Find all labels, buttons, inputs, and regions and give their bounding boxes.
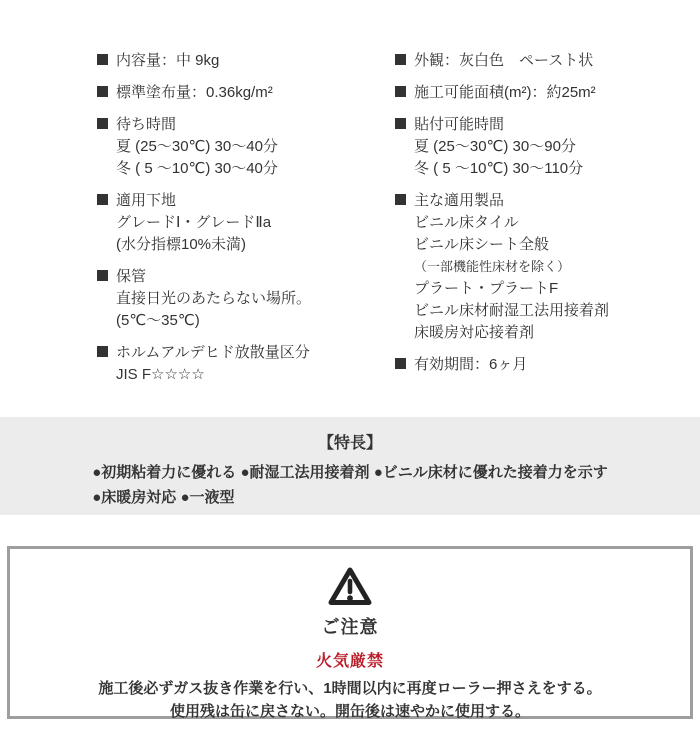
spec-title: 待ち時間 — [116, 116, 176, 133]
spec-line: (水分指標10%未満) — [116, 234, 395, 256]
spec-line: 直接日光のあたらない場所。 — [116, 288, 395, 310]
spec-item: 標準塗布量：0.36kg/m² — [97, 82, 395, 104]
features-title: 【特長】 — [0, 434, 700, 454]
square-bullet-icon — [395, 118, 406, 129]
caution-heading: ご注意 — [10, 613, 690, 639]
square-bullet-icon — [97, 118, 108, 129]
features-line: ●初期粘着力に優れる ●耐湿工法用接着剤 ●ビニル床材に優れた接着力を示す — [92, 460, 608, 485]
square-bullet-icon — [395, 54, 406, 65]
spec-line: (5℃～35℃) — [116, 310, 395, 332]
square-bullet-icon — [395, 86, 406, 97]
spec-line: 冬 ( 5 ～10℃) 30～110分 — [414, 158, 700, 180]
fire-warning-label: 火気厳禁 — [10, 648, 690, 671]
spec-item: 貼付可能時間 夏 (25～30℃) 30～90分 冬 ( 5 ～10℃) 30～… — [395, 114, 700, 180]
features-list: ●初期粘着力に優れる ●耐湿工法用接着剤 ●ビニル床材に優れた接着力を示す ●床… — [92, 460, 608, 510]
spec-title: 主な適用製品 — [414, 192, 504, 209]
caution-text: 施工後必ずガス抜き作業を行い、1時間以内に再度ローラー押さえをする。 使用残は缶… — [10, 677, 690, 723]
spec-title: 施工可能面積(m²)：約25m² — [414, 84, 596, 101]
spec-title: 内容量：中 9kg — [116, 52, 219, 69]
square-bullet-icon — [97, 54, 108, 65]
spec-line: ビニル床シート全般 — [414, 234, 700, 256]
spec-line: ビニル床タイル — [414, 212, 700, 234]
spec-item: 外観：灰白色 ペースト状 — [395, 50, 700, 72]
caution-box: ご注意 火気厳禁 施工後必ずガス抜き作業を行い、1時間以内に再度ローラー押さえを… — [7, 546, 693, 719]
spec-item: 適用下地 グレードⅠ・グレードⅡa (水分指標10%未満) — [97, 190, 395, 256]
square-bullet-icon — [97, 346, 108, 357]
spec-item: 施工可能面積(m²)：約25m² — [395, 82, 700, 104]
spec-item: 内容量：中 9kg — [97, 50, 395, 72]
square-bullet-icon — [395, 358, 406, 369]
spec-title: 有効期間：6ヶ月 — [414, 356, 527, 373]
spec-section: 内容量：中 9kg 標準塗布量：0.36kg/m² 待ち時間 夏 (25～30℃… — [0, 0, 700, 396]
spec-column-left: 内容量：中 9kg 標準塗布量：0.36kg/m² 待ち時間 夏 (25～30℃… — [97, 50, 395, 396]
spec-line: グレードⅠ・グレードⅡa — [116, 212, 395, 234]
spec-title: 保管 — [116, 268, 146, 285]
spec-line: 夏 (25～30℃) 30～90分 — [414, 136, 700, 158]
spec-line: 夏 (25～30℃) 30～40分 — [116, 136, 395, 158]
spec-line: （一部機能性床材を除く） — [414, 256, 700, 278]
spec-title: 外観：灰白色 ペースト状 — [414, 52, 593, 69]
square-bullet-icon — [97, 86, 108, 97]
spec-title: 適用下地 — [116, 192, 176, 209]
spec-item: 保管 直接日光のあたらない場所。 (5℃～35℃) — [97, 266, 395, 332]
caution-line: 使用残は缶に戻さない。開缶後は速やかに使用する。 — [10, 700, 690, 723]
spec-title: 貼付可能時間 — [414, 116, 504, 133]
features-line: ●床暖房対応 ●一液型 — [92, 485, 608, 510]
square-bullet-icon — [395, 194, 406, 205]
spec-item: 主な適用製品 ビニル床タイル ビニル床シート全般 （一部機能性床材を除く） プラ… — [395, 190, 700, 344]
spec-title: 標準塗布量：0.36kg/m² — [116, 84, 273, 101]
spec-line: 冬 ( 5 ～10℃) 30～40分 — [116, 158, 395, 180]
square-bullet-icon — [97, 194, 108, 205]
caution-line: 施工後必ずガス抜き作業を行い、1時間以内に再度ローラー押さえをする。 — [10, 677, 690, 700]
features-section: 【特長】 ●初期粘着力に優れる ●耐湿工法用接着剤 ●ビニル床材に優れた接着力を… — [0, 417, 700, 515]
square-bullet-icon — [97, 270, 108, 281]
spec-column-right: 外観：灰白色 ペースト状 施工可能面積(m²)：約25m² 貼付可能時間 夏 (… — [395, 50, 700, 396]
spec-line: JIS F☆☆☆☆ — [116, 364, 395, 386]
spec-line: 床暖房対応接着剤 — [414, 322, 700, 344]
spec-item: 待ち時間 夏 (25～30℃) 30～40分 冬 ( 5 ～10℃) 30～40… — [97, 114, 395, 180]
warning-triangle-icon — [326, 564, 374, 608]
spec-line: プラート・プラートF — [414, 278, 700, 300]
spec-item: ホルムアルデヒド放散量区分 JIS F☆☆☆☆ — [97, 342, 395, 386]
spec-item: 有効期間：6ヶ月 — [395, 354, 700, 376]
spec-line: ビニル床材耐湿工法用接着剤 — [414, 300, 700, 322]
spec-title: ホルムアルデヒド放散量区分 — [116, 344, 310, 361]
